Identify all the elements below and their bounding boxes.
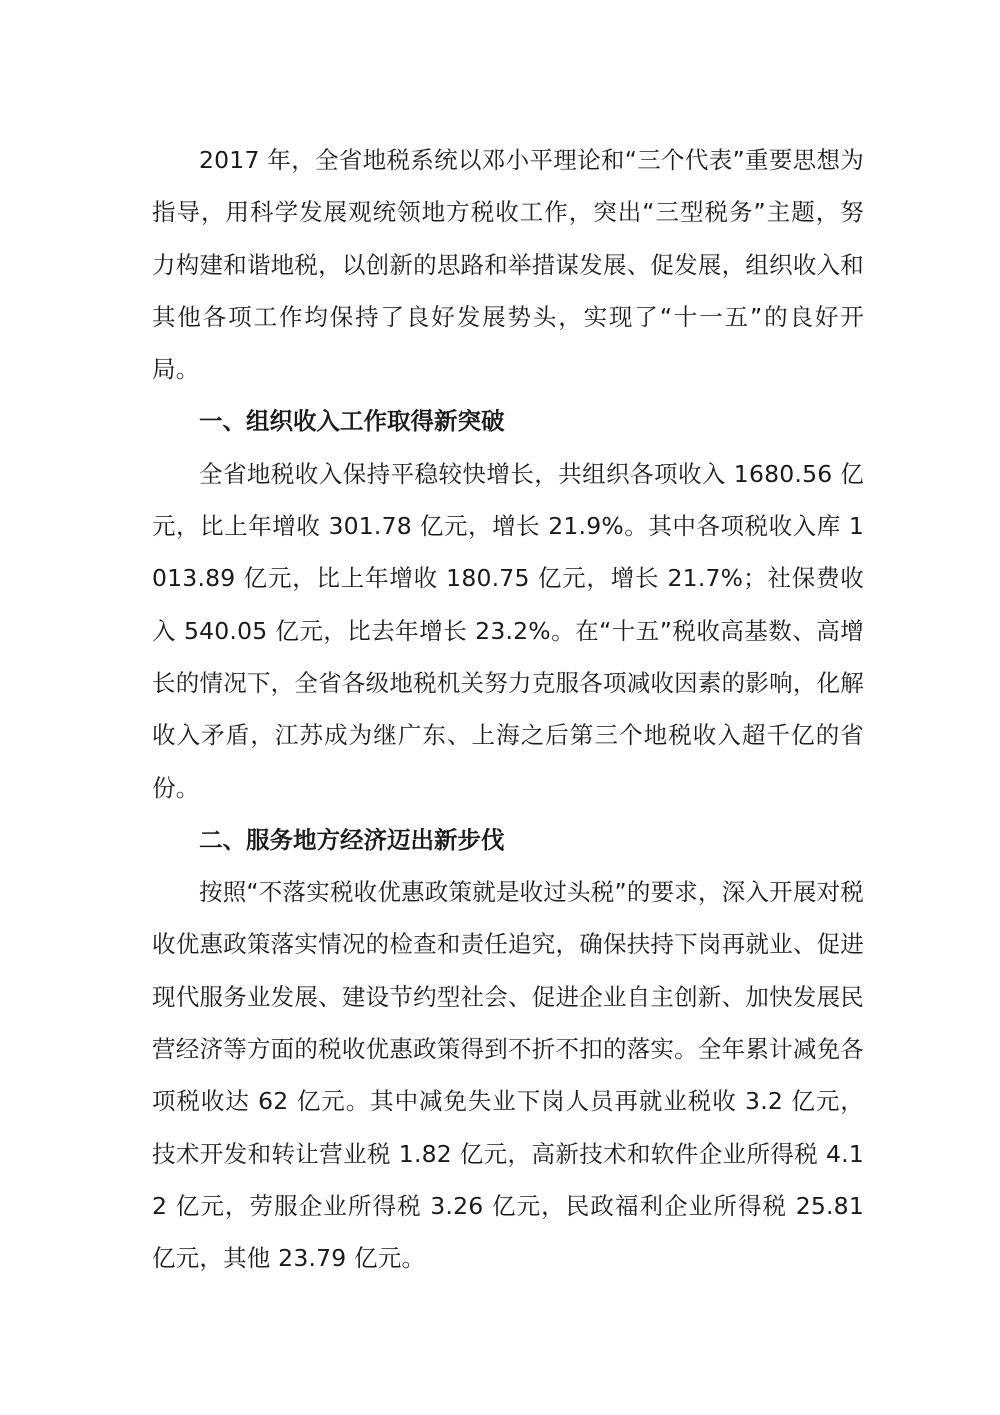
intro-paragraph: 2017 年，全省地税系统以邓小平理论和“三个代表”重要思想为指导，用科学发展观… bbox=[152, 134, 864, 395]
document-page: 2017 年，全省地税系统以邓小平理论和“三个代表”重要思想为指导，用科学发展观… bbox=[152, 134, 864, 1285]
section-heading-1: 一、组织收入工作取得新突破 bbox=[152, 395, 864, 447]
section-body-1: 全省地税收入保持平稳较快增长，共组织各项收入 1680.56 亿元，比上年增收 … bbox=[152, 448, 864, 814]
section-heading-2: 二、服务地方经济迈出新步伐 bbox=[152, 814, 864, 866]
section-body-2: 按照“不落实税收优惠政策就是收过头税”的要求，深入开展对税收优惠政策落实情况的检… bbox=[152, 866, 864, 1284]
